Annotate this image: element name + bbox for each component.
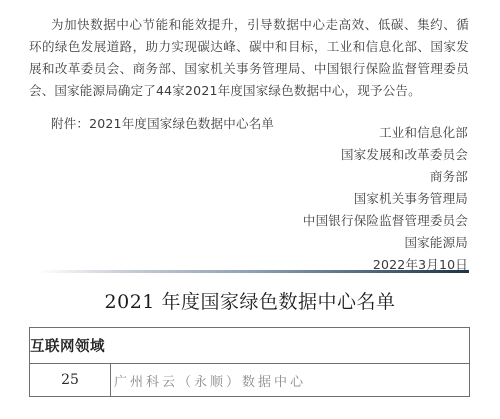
row-number: 25 bbox=[30, 364, 111, 397]
issuer-nea: 国家能源局 bbox=[303, 232, 468, 254]
section-divider bbox=[38, 270, 469, 273]
table-row: 25 广州科云（永顺）数据中心 bbox=[30, 364, 470, 397]
section-label: 互联网领域 bbox=[30, 328, 470, 364]
issuer-ndrc: 国家发展和改革委员会 bbox=[303, 144, 468, 166]
issuer-miit: 工业和信息化部 bbox=[303, 122, 468, 144]
data-center-table: 互联网领域 25 广州科云（永顺）数据中心 bbox=[29, 327, 470, 397]
issuer-cbirc: 中国银行保险监督管理委员会 bbox=[303, 210, 468, 232]
notice-paragraph: 为加快数据中心节能和能效提升，引导数据中心走高效、低碳、集约、循环的绿色发展道路… bbox=[29, 14, 469, 102]
notice-body: 为加快数据中心节能和能效提升，引导数据中心走高效、低碳、集约、循环的绿色发展道路… bbox=[29, 14, 469, 135]
signature-block: 工业和信息化部 国家发展和改革委员会 商务部 国家机关事务管理局 中国银行保险监… bbox=[303, 122, 468, 276]
section-header-row: 互联网领域 bbox=[30, 328, 470, 364]
data-center-name: 广州科云（永顺）数据中心 bbox=[111, 364, 470, 397]
issuer-mofcom: 商务部 bbox=[303, 166, 468, 188]
notice-line-4: 2021年度国家绿色数据中心，现予公告。 bbox=[185, 83, 421, 98]
issuer-ggj: 国家机关事务管理局 bbox=[303, 188, 468, 210]
list-title: 2021 年度国家绿色数据中心名单 bbox=[0, 288, 500, 316]
